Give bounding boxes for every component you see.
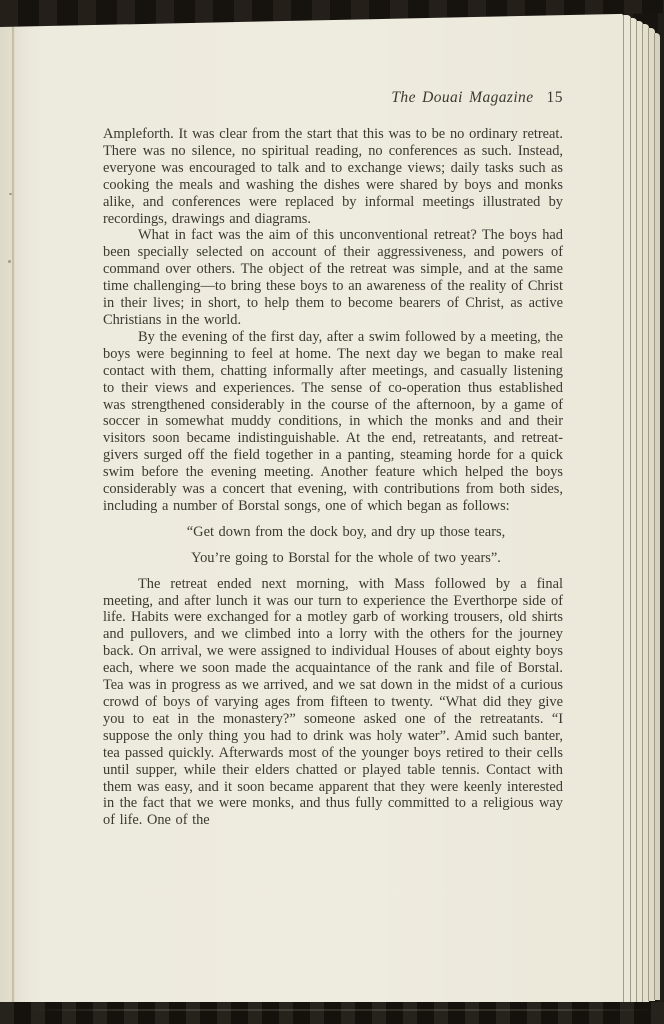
- paragraph: What in fact was the aim of this unconve…: [103, 227, 563, 328]
- verse-quote: “Get down from the dock boy, and dry up …: [103, 524, 563, 567]
- magazine-title: The Douai Magazine: [391, 89, 533, 107]
- paragraph: By the evening of the first day, after a…: [103, 329, 563, 515]
- scanned-book-spread: The Douai Magazine 15 Ampleforth. It was…: [0, 0, 664, 1024]
- page-content: The Douai Magazine 15 Ampleforth. It was…: [0, 13, 623, 1003]
- book-page: The Douai Magazine 15 Ampleforth. It was…: [0, 13, 623, 1003]
- paragraph: The retreat ended next morning, with Mas…: [103, 576, 563, 830]
- page-text: Ampleforth. It was clear from the start …: [103, 126, 563, 829]
- book-cover-bottom-edge: [0, 1002, 664, 1024]
- page-edge: [654, 33, 660, 1000]
- running-header: The Douai Magazine 15: [103, 89, 563, 107]
- verse-line: You’re going to Borstal for the whole of…: [129, 550, 563, 567]
- page-number: 15: [547, 89, 564, 107]
- paragraph: Ampleforth. It was clear from the start …: [103, 126, 563, 227]
- verse-line: “Get down from the dock boy, and dry up …: [129, 524, 563, 541]
